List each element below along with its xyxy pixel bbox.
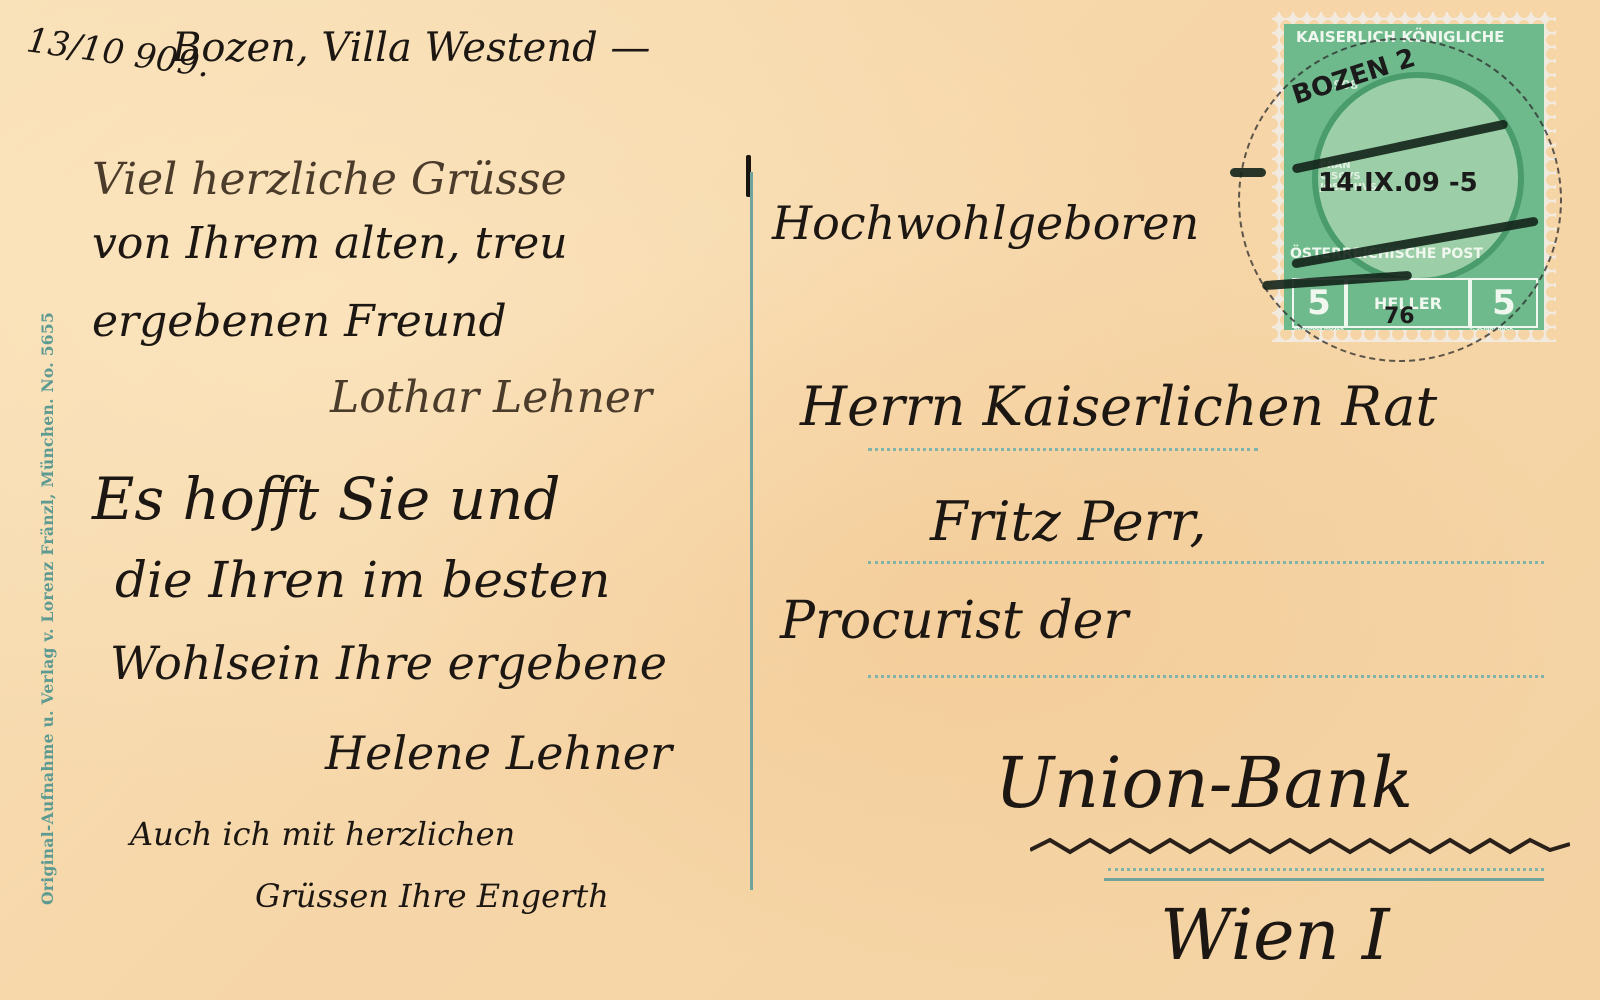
message-line: von Ihrem alten, treu (92, 222, 568, 266)
message-signature: Helene Lehner (325, 730, 672, 776)
address-line: Union-Bank (995, 748, 1413, 818)
message-place: Bozen, Villa Westend — (172, 28, 650, 68)
address-salutation: Hochwohlgeboren (772, 200, 1199, 246)
postmark-date: 14.IX.09 -5 (1318, 168, 1478, 198)
postmark-bar (1230, 168, 1266, 177)
underline-squiggle (1030, 836, 1570, 860)
address-line: Herrn Kaiserlichen Rat (800, 380, 1437, 434)
address-rule (868, 561, 1544, 564)
message-signature: Lothar Lehner (330, 376, 652, 420)
address-city: Wien I (1160, 900, 1390, 970)
center-divider-line (750, 172, 753, 890)
postcard-back: Original-Aufnahme u. Verlag v. Lorenz Fr… (0, 0, 1600, 1000)
address-line: Procurist der (780, 595, 1128, 647)
message-line: Wohlsein Ihre ergebene (110, 640, 667, 686)
address-line: Fritz Perr, (930, 495, 1207, 549)
message-line: Viel herzliche Grüsse (92, 158, 567, 202)
message-line: Es hofft Sie und (92, 470, 561, 528)
address-rule-solid (1104, 878, 1544, 881)
message-postscript: Auch ich mit herzlichen (130, 818, 515, 850)
address-rule (1108, 868, 1544, 871)
publisher-imprint: Original-Aufnahme u. Verlag v. Lorenz Fr… (38, 312, 57, 905)
message-line: ergebenen Freund (92, 300, 507, 344)
message-line: die Ihren im besten (115, 555, 610, 605)
message-postscript: Grüssen Ihre Engerth (255, 880, 609, 912)
address-rule (868, 448, 1258, 451)
postmark-code: 76 (1384, 304, 1415, 329)
address-rule (868, 675, 1544, 678)
